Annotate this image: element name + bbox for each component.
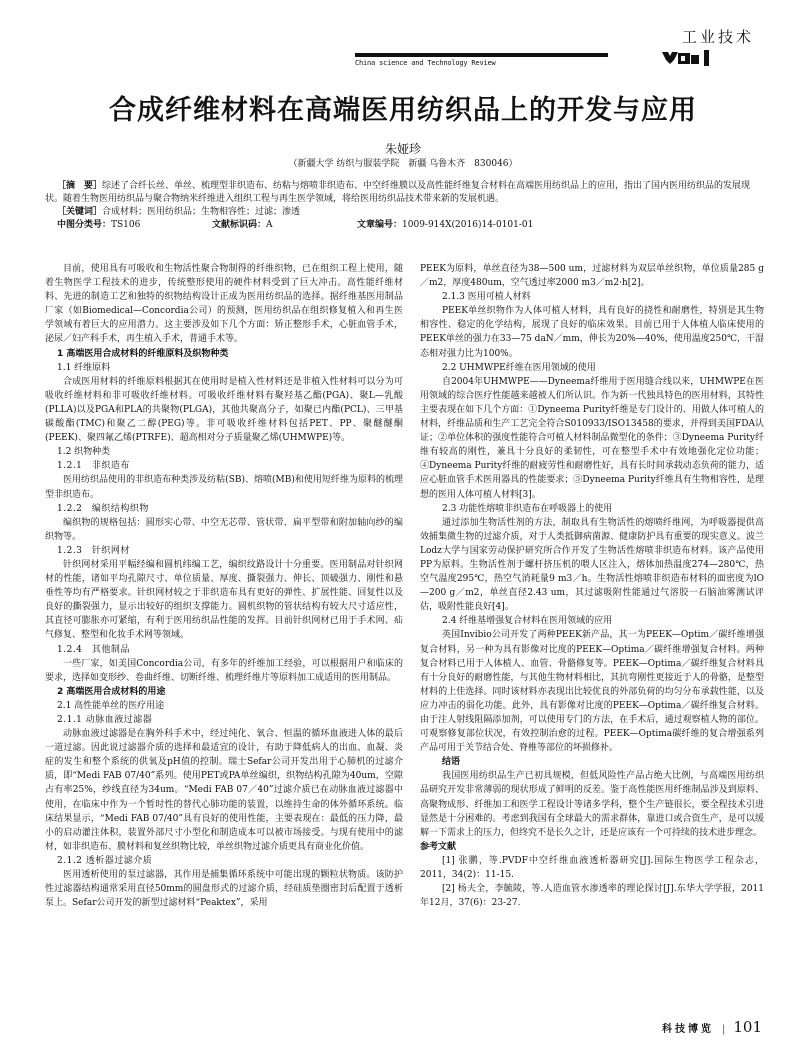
- article-no-value: 1009-914X(2016)14-0101-01: [402, 219, 533, 232]
- section-2-2-heading: 2.2 UHMWPE纤维在医用领域的使用: [420, 361, 764, 375]
- keywords-label: ［关键词］: [57, 207, 102, 217]
- header-rule: [355, 53, 608, 57]
- section-1-2-2-text: 编织物的规格包括：圆形实心带、中空无芯带、管状带、扁平型带和附加轴向纱的编织物等…: [45, 516, 403, 544]
- footer-brand: 科技博览: [662, 1020, 714, 1035]
- section-2-1-2-heading: 2.1.2 透析器过滤介质: [45, 854, 403, 868]
- section-2-1-3-text: PEEK单丝织物作为人体可植人材料，具有良好的挠性和耐磨性，特别是其生物相容性、…: [420, 304, 764, 360]
- journal-category: 工业技术: [682, 26, 754, 47]
- intro-paragraph: 目前，使用具有可吸收和生物活性聚合物制得的纤维织物，已在组织工程上使用，随着生物…: [45, 262, 403, 347]
- keywords: ［关键词］合成材料；医用纺织品；生物相容性；过滤；渗透: [45, 206, 755, 219]
- clc-value: TS106: [111, 219, 140, 232]
- section-2-heading: 2 高端医用合成材料的用途: [45, 685, 403, 699]
- abstract-label: ［摘 要］: [57, 181, 102, 191]
- section-2-1-2-text: 医用透析使用的泵过滤器，其作用是捕集循环系统中可能出现的颗粒状物质。该防护性过滤…: [45, 868, 403, 910]
- abstract: ［摘 要］综述了合纤长丝、单丝、梳理型非织造布、纺粘与熔喷非织造布、中空纤维膜以…: [45, 180, 755, 206]
- doc-code-label: 文献标识码：: [212, 219, 266, 232]
- keywords-text: 合成材料；医用纺织品；生物相容性；过滤；渗透: [102, 207, 300, 217]
- section-1-2-4-heading: 1.2.4 其他制品: [45, 643, 403, 657]
- reference-item: [2] 杨夫全，李毓陵，等.人造血管水渗透率的理论探讨[J].东华大学学报，20…: [420, 882, 764, 910]
- clc-label: 中图分类号：: [57, 219, 111, 232]
- section-2-1-2-continued: PEEK为原料，单丝直径为38—500 um，过滤材料为双层单丝织物，单位质量2…: [420, 262, 764, 290]
- footer-separator: |: [722, 1024, 725, 1035]
- section-2-3-heading: 2.3 功能性熔喷非织造布在呼吸器上的使用: [420, 502, 764, 516]
- journal-english-name: China science and Technology Review: [355, 59, 496, 67]
- section-2-2-text: 自2004年UHMWPE——Dyneema纤维用于医用缝合线以来，UHMWPE在…: [420, 375, 764, 502]
- section-2-3-text: 通过添加生物活性剂的方法，制取具有生物活性的熔喷纤维网，为呼吸器提供高效捕集微生…: [420, 516, 764, 615]
- section-2-1-heading: 2.1 高性能单丝的医疗用途: [45, 699, 403, 713]
- left-column: 目前，使用具有可吸收和生物活性聚合物制得的纤维织物，已在组织工程上使用，随着生物…: [45, 262, 403, 910]
- section-2-1-1-heading: 2.1.1 动脉血液过滤器: [45, 713, 403, 727]
- journal-logo-icon: [660, 50, 720, 66]
- section-1-2-3-heading: 1.2.3 针织网材: [45, 544, 403, 558]
- references-heading: 参考文献: [420, 840, 764, 854]
- section-1-2-1-text: 医用纺织品使用的非织造布种类涉及纺粘(SB)、熔喷(MB)和使用短纤维为原料的梳…: [45, 473, 403, 501]
- section-2-4-text: 英国Invibio公司开发了两种PEEK新产品，其一为PEEK—Optim／碳纤…: [420, 628, 764, 755]
- section-1-2-heading: 1.2 织物种类: [45, 445, 403, 459]
- article-no-label: 文章编号：: [357, 219, 402, 232]
- article-metadata-row: 中图分类号：TS106 文献标识码：A 文章编号：1009-914X(2016)…: [45, 219, 755, 232]
- author-name: 朱娅珍: [0, 140, 806, 157]
- abstract-block: ［摘 要］综述了合纤长丝、单丝、梳理型非织造布、纺粘与熔喷非织造布、中空纤维膜以…: [45, 180, 755, 232]
- doc-code-value: A: [266, 219, 273, 232]
- section-1-heading: 1 高端医用合成材料的纤维原料及织物种类: [45, 347, 403, 361]
- right-column: PEEK为原料，单丝直径为38—500 um，过滤材料为双层单丝织物，单位质量2…: [420, 262, 764, 910]
- section-1-2-1-heading: 1.2.1 非织造布: [45, 459, 403, 473]
- page-number: 101: [733, 1018, 762, 1036]
- abstract-text: 综述了合纤长丝、单丝、梳理型非织造布、纺粘与熔喷非织造布、中空纤维膜以及高性能纤…: [45, 181, 750, 204]
- conclusion-heading: 结语: [420, 755, 764, 769]
- section-1-2-4-text: 一些厂家，如美国Concordia公司，有多年的纤维加工经验，可以根据用户和临床…: [45, 657, 403, 685]
- section-1-1-text: 合成医用材料的纤维原料根据其在使用时是植入性材料还是非植入性材料可以分为可吸收纤…: [45, 375, 403, 445]
- section-1-1-heading: 1.1 纤维原料: [45, 361, 403, 375]
- reference-item: [1] 张鹏，等.PVDF中空纤维血液透析器研究[J].国际生物医学工程杂志，2…: [420, 854, 764, 882]
- section-2-4-heading: 2.4 纤维基增强复合材料在医用领域的应用: [420, 614, 764, 628]
- section-2-1-3-heading: 2.1.3 医用可植人材料: [420, 290, 764, 304]
- section-1-2-3-text: 针织网材采用平幅经编和圆机纬编工艺，编织纹路设计十分重要。医用制品对针织网材的性…: [45, 558, 403, 643]
- section-1-2-2-heading: 1.2.2 编织结构织物: [45, 502, 403, 516]
- author-affiliation: （新疆大学 纺织与服装学院 新疆 乌鲁木齐 830046）: [0, 156, 806, 169]
- article-title: 合成纤维材料在高端医用纺织品上的开发与应用: [0, 88, 806, 127]
- page-footer: 科技博览 | 101: [662, 1018, 762, 1036]
- conclusion-text: 我国医用纺织品生产已初具规模，但低风险性产品占绝大比例，与高端医用纺织品研究开发…: [420, 769, 764, 839]
- section-2-1-1-text: 动脉血液过滤器是在胸外科手术中，经过纯化、氧合、恒温的循环血液进人体的最后一道过…: [45, 727, 403, 854]
